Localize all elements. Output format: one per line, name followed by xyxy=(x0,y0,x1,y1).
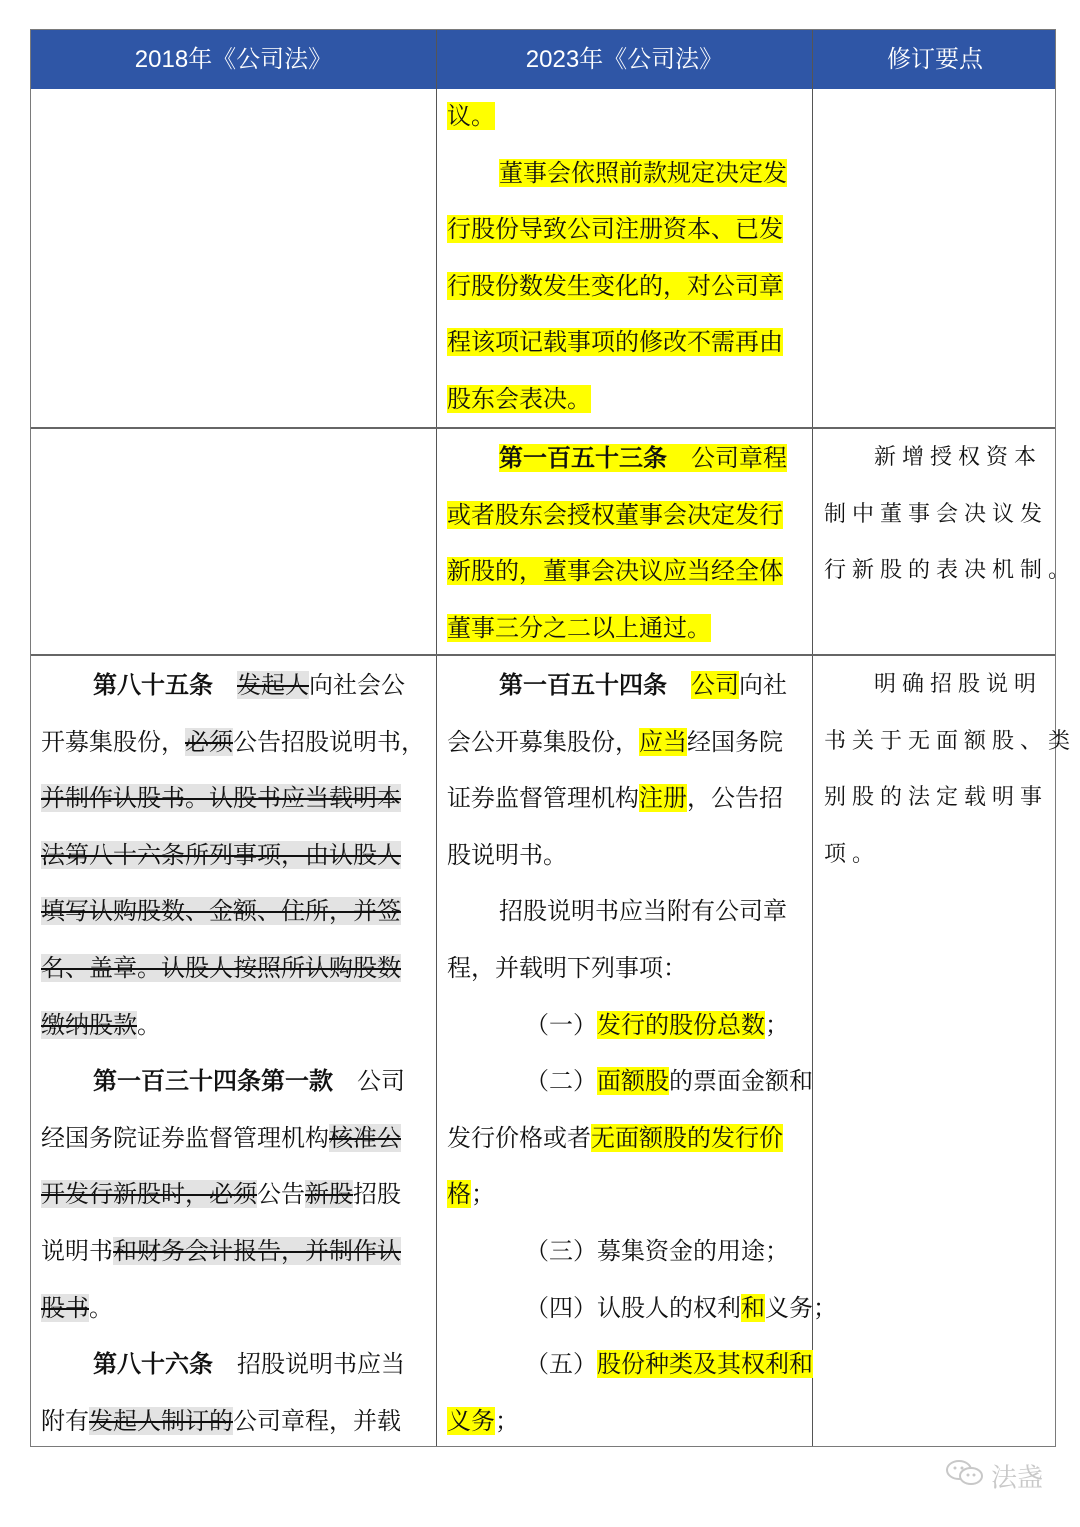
highlighted-text: 议。 xyxy=(447,102,495,130)
text-segment: （五） xyxy=(525,1350,597,1378)
law-2023-text-line: 董事会依照前款规定决定发 xyxy=(499,153,787,193)
text-segment: 向社 xyxy=(739,671,787,699)
text-segment: ； xyxy=(495,1407,519,1435)
revision-note-line: 项。 xyxy=(824,835,880,875)
deleted-text: 填写认购股数、金额、住所，并签 xyxy=(41,897,401,925)
text-segment: 第八十五条 xyxy=(93,671,213,699)
text-segment: 公告招股说明书， xyxy=(233,728,425,756)
law-2023-text-line: （五）股份种类及其权利和 xyxy=(525,1344,813,1384)
text-segment xyxy=(667,671,691,699)
deleted-text: 开发行新股时，必须 xyxy=(41,1180,257,1208)
highlighted-text: 股东会表决。 xyxy=(447,385,591,413)
text-segment: （四）认股人的权利 xyxy=(525,1294,741,1322)
highlighted-text: 公司章程 xyxy=(667,444,787,472)
revision-note-line: 明确招股说明 xyxy=(874,665,1042,705)
text-segment: 义务； xyxy=(765,1294,837,1322)
law-2023-text-line: （一）发行的股份总数； xyxy=(525,1005,789,1045)
header-revision-points: 修订要点 xyxy=(813,30,1057,89)
law-2023-text-line: 股东会表决。 xyxy=(447,379,591,419)
text-segment: 公司 xyxy=(333,1067,405,1095)
text-segment xyxy=(213,671,237,699)
wechat-icon xyxy=(945,1458,985,1500)
law-2018-text-line: 经国务院证券监督管理机构核准公 xyxy=(41,1118,401,1158)
text-segment: 。 xyxy=(137,1011,161,1039)
deleted-text: 核准公 xyxy=(329,1124,401,1152)
text-segment: 经国务院 xyxy=(687,728,783,756)
revision-note-line: 行新股的表决机制。 xyxy=(824,551,1076,591)
law-2018-text-line: 开募集股份，必须公告招股说明书， xyxy=(41,722,425,762)
column-divider xyxy=(436,30,437,1446)
deleted-text: 股书 xyxy=(41,1294,89,1322)
row-divider xyxy=(31,427,1055,429)
law-2018-text-line: 说明书和财务会计报告，并制作认 xyxy=(41,1231,401,1271)
law-2023-text-line: 董事三分之二以上通过。 xyxy=(447,608,711,648)
law-2018-text-line: 并制作认股书。认股书应当载明本 xyxy=(41,778,401,818)
highlighted-text: 新股的，董事会决议应当经全体 xyxy=(447,557,783,585)
text-segment: 向社会公 xyxy=(309,671,405,699)
deleted-text: 发起人 xyxy=(237,671,309,699)
law-2023-text-line: 发行价格或者无面额股的发行价 xyxy=(447,1118,783,1158)
highlighted-text: 行股份数发生变化的，对公司章 xyxy=(447,272,783,300)
text-segment: （二） xyxy=(525,1067,597,1095)
highlighted-text: 应当 xyxy=(639,728,687,756)
watermark-text: 法盏 xyxy=(991,1464,1043,1494)
highlighted-text: 股份种类及其权利和 xyxy=(597,1350,813,1378)
text-segment: （三）募集资金的用途； xyxy=(525,1237,789,1265)
law-2023-text-line: 第一百五十三条 公司章程 xyxy=(499,438,787,478)
revision-note-line: 新增授权资本 xyxy=(874,438,1042,478)
highlighted-text: 或者股东会授权董事会决定发行 xyxy=(447,501,783,529)
highlighted-text: 程该项记载事项的修改不需再由 xyxy=(447,328,783,356)
law-2023-text-line: 议。 xyxy=(447,96,495,136)
text-segment: 经国务院证券监督管理机构 xyxy=(41,1124,329,1152)
law-2018-text-line: 第八十五条 发起人向社会公 xyxy=(93,665,405,705)
text-segment: 。 xyxy=(89,1294,113,1322)
highlighted-text: 董事三分之二以上通过。 xyxy=(447,614,711,642)
text-segment: 第一百五十四条 xyxy=(499,671,667,699)
deleted-text: 和财务会计报告，并制作认 xyxy=(113,1237,401,1265)
deleted-text: 并制作认股书。认股书应当载明本 xyxy=(41,784,401,812)
text-segment: 公告 xyxy=(257,1180,305,1208)
law-2023-text-line: 证券监督管理机构注册，公告招 xyxy=(447,778,783,818)
highlighted-text: 行股份导致公司注册资本、已发 xyxy=(447,215,783,243)
highlighted-text: 和 xyxy=(741,1294,765,1322)
law-2018-text-line: 填写认购股数、金额、住所，并签 xyxy=(41,891,401,931)
text-segment: 的票面金额和 xyxy=(669,1067,813,1095)
law-2023-text-line: 程，并载明下列事项： xyxy=(447,948,687,988)
law-2018-text-line: 股书。 xyxy=(41,1288,113,1328)
text-segment: ； xyxy=(765,1011,789,1039)
text-segment: 股说明书。 xyxy=(447,841,567,869)
text-segment: 证券监督管理机构 xyxy=(447,784,639,812)
highlighted-text: 注册 xyxy=(639,784,687,812)
law-2018-text-line: 附有发起人制订的公司章程，并载 xyxy=(41,1401,401,1441)
table-header: 2018年《公司法》 2023年《公司法》 修订要点 xyxy=(31,30,1055,89)
highlighted-text: 面额股 xyxy=(597,1067,669,1095)
highlighted-text: 第一百五十三条 xyxy=(499,444,667,472)
deleted-text: 缴纳股款 xyxy=(41,1011,137,1039)
law-comparison-table: 2018年《公司法》 2023年《公司法》 修订要点 议。董事会依照前款规定决定… xyxy=(30,29,1056,1447)
law-2018-text-line: 名、盖章。认股人按照所认购股数 xyxy=(41,948,401,988)
law-2023-text-line: 格； xyxy=(447,1174,495,1214)
text-segment: 公司章程，并载 xyxy=(233,1407,401,1435)
text-segment: 招股说明书应当 xyxy=(213,1350,405,1378)
deleted-text: 必须 xyxy=(185,728,233,756)
text-segment: 说明书 xyxy=(41,1237,113,1265)
law-2023-text-line: 行股份数发生变化的，对公司章 xyxy=(447,266,783,306)
law-2023-text-line: 程该项记载事项的修改不需再由 xyxy=(447,322,783,362)
highlighted-text: 发行的股份总数 xyxy=(597,1011,765,1039)
row-divider xyxy=(31,654,1055,656)
header-2023-law: 2023年《公司法》 xyxy=(436,30,813,89)
text-segment: 第一百三十四条第一款 xyxy=(93,1067,333,1095)
text-segment: 第八十六条 xyxy=(93,1350,213,1378)
text-segment: 附有 xyxy=(41,1407,89,1435)
watermark: 法盏 xyxy=(945,1458,1043,1498)
law-2023-text-line: （三）募集资金的用途； xyxy=(525,1231,789,1271)
highlighted-text: 无面额股的发行价 xyxy=(591,1124,783,1152)
text-segment: 招股说明书应当附有公司章 xyxy=(499,897,787,925)
text-segment: 招股 xyxy=(353,1180,401,1208)
law-2018-text-line: 开发行新股时，必须公告新股招股 xyxy=(41,1174,401,1214)
revision-note-line: 制中董事会决议发 xyxy=(824,495,1048,535)
text-segment: （一） xyxy=(525,1011,597,1039)
law-2018-text-line: 第八十六条 招股说明书应当 xyxy=(93,1344,405,1384)
header-2018-law: 2018年《公司法》 xyxy=(31,30,436,89)
law-2023-text-line: 行股份导致公司注册资本、已发 xyxy=(447,209,783,249)
law-2023-text-line: 招股说明书应当附有公司章 xyxy=(499,891,787,931)
highlighted-text: 董事会依照前款规定决定发 xyxy=(499,159,787,187)
column-divider xyxy=(812,30,813,1446)
law-2023-text-line: （四）认股人的权利和义务； xyxy=(525,1288,837,1328)
highlighted-text: 公司 xyxy=(691,671,739,699)
law-2023-text-line: 会公开募集股份，应当经国务院 xyxy=(447,722,783,762)
text-segment: 开募集股份， xyxy=(41,728,185,756)
revision-note-line: 书关于无面额股、类 xyxy=(824,722,1076,762)
law-2018-text-line: 法第八十六条所列事项，由认股人 xyxy=(41,835,401,875)
law-2018-text-line: 缴纳股款。 xyxy=(41,1005,161,1045)
deleted-text: 新股 xyxy=(305,1180,353,1208)
law-2018-text-line: 第一百三十四条第一款 公司 xyxy=(93,1061,405,1101)
highlighted-text: 义务 xyxy=(447,1407,495,1435)
text-segment: 会公开募集股份， xyxy=(447,728,639,756)
text-segment: 程，并载明下列事项： xyxy=(447,954,687,982)
deleted-text: 名、盖章。认股人按照所认购股数 xyxy=(41,954,401,982)
law-2023-text-line: （二）面额股的票面金额和 xyxy=(525,1061,813,1101)
law-2023-text-line: 第一百五十四条 公司向社 xyxy=(499,665,787,705)
highlighted-text: 格 xyxy=(447,1180,471,1208)
text-segment: 发行价格或者 xyxy=(447,1124,591,1152)
deleted-text: 发起人制订的 xyxy=(89,1407,233,1435)
text-segment: ； xyxy=(471,1180,495,1208)
law-2023-text-line: 股说明书。 xyxy=(447,835,567,875)
law-2023-text-line: 义务； xyxy=(447,1401,519,1441)
text-segment: ，公告招 xyxy=(687,784,783,812)
law-2023-text-line: 新股的，董事会决议应当经全体 xyxy=(447,551,783,591)
revision-note-line: 别股的法定载明事 xyxy=(824,778,1048,818)
deleted-text: 法第八十六条所列事项，由认股人 xyxy=(41,841,401,869)
law-2023-text-line: 或者股东会授权董事会决定发行 xyxy=(447,495,783,535)
